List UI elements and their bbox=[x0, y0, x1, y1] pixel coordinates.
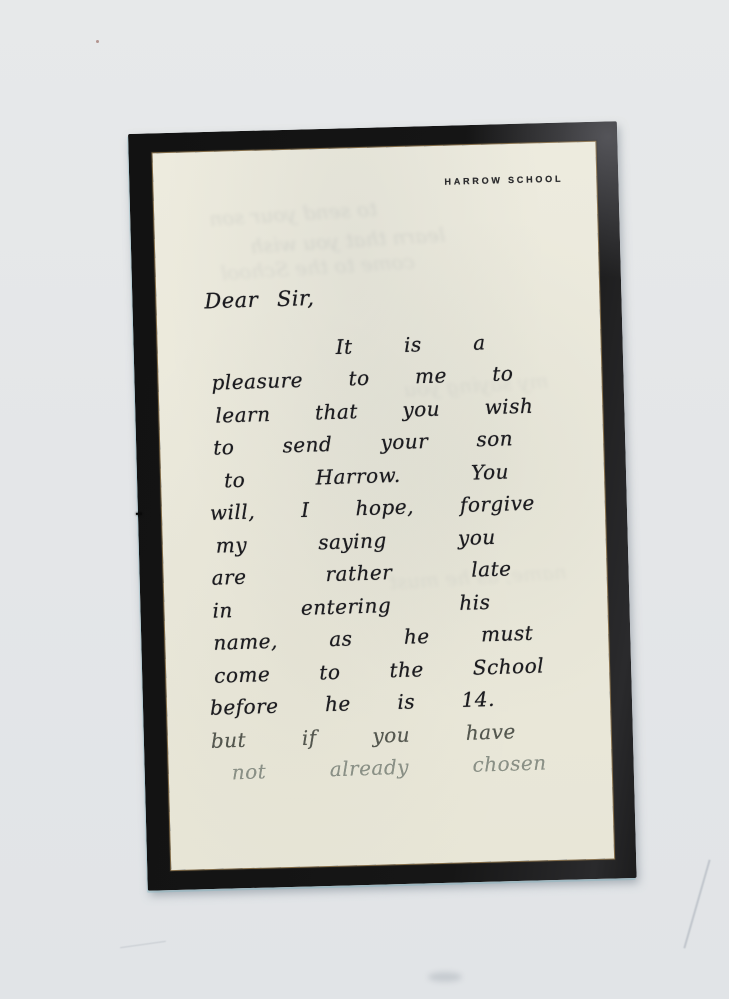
surface-smudge bbox=[428, 972, 462, 982]
ink-showthrough: to send your son bbox=[209, 197, 378, 231]
ink-showthrough: learn that you wish bbox=[249, 222, 446, 258]
handwriting-line: Itisa bbox=[335, 326, 486, 363]
surface-scratch bbox=[120, 941, 166, 948]
surface-scratch bbox=[683, 860, 710, 949]
fold-crease bbox=[136, 512, 142, 514]
handwriting-line: DearSir, bbox=[204, 282, 315, 318]
letterhead-text: HARROW SCHOOL bbox=[444, 174, 563, 187]
dust-speck bbox=[96, 40, 99, 43]
handwriting-body: DearSir,Itisapleasuretometolearnthatyouw… bbox=[156, 275, 612, 790]
letter-card-mat: HARROW SCHOOL to send your son learn tha… bbox=[128, 121, 637, 891]
letter-paper: HARROW SCHOOL to send your son learn tha… bbox=[153, 142, 615, 870]
photo-background: HARROW SCHOOL to send your son learn tha… bbox=[0, 0, 729, 999]
